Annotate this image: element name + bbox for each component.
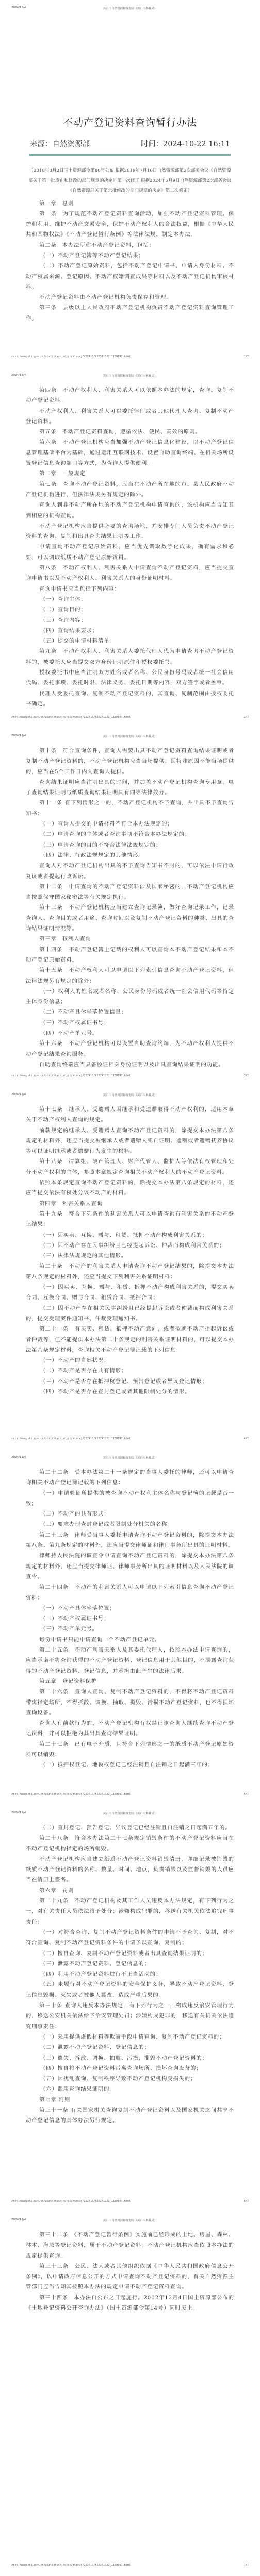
document: 2024/11/4 黄石市自然资源和规划局（黄石市林业局） 不动产登记资料查询暂… xyxy=(0,0,260,2576)
running-header: 2024/11/4 黄石市自然资源和规划局（黄石市林业局） xyxy=(11,374,249,379)
list-item: （三）遗失、拆散、调换、抽取、污损、撕毁不动产登记资料的； xyxy=(26,2053,234,2063)
running-footer: zrzy.huangshi.gov.cn/zdzt/zhyshj/djcc/zt… xyxy=(11,2564,249,2569)
paragraph: 律师持人民法院的调查令申请查询不动产登记资料的，除提交本办法第八条规定的材料外，… xyxy=(26,1551,234,1582)
list-item: （三）不动产是否存在抵押权登记、预告登记或者异议登记情形； xyxy=(26,1376,234,1387)
list-item: （二）不动产登记原始资料，包括不动产登记申请书、申请人身份材料、不动产权属来源、… xyxy=(26,261,234,292)
list-item: （三）不动产单元号。 xyxy=(26,1624,234,1634)
list-item: （五）未履行对不动产登记资料的安全保护义务，导致不动产登记资料、登记信息毁损、灭… xyxy=(26,1979,234,2000)
page-url: zrzy.huangshi.gov.cn/zdzt/zhyshj/djcc/zt… xyxy=(11,2564,131,2567)
list-item: （一）不动产具体坐落位置； xyxy=(26,1603,234,1613)
article-clause: 第八条 不动产权利人、利害关系人申请查询不动产登记资料，应当提交查询申请书以及不… xyxy=(26,563,234,584)
page-url: zrzy.huangshi.gov.cn/zdzt/zhyshj/djcc/zt… xyxy=(11,1437,131,1440)
list-item: （四）利用不动产登记资料进行不正当活动的； xyxy=(26,1969,234,1979)
article-clause: 第十八条 清算组、破产管理人、财产代管人、监护人等依法有权管理和处分不动产权利的… xyxy=(26,1156,234,1177)
article-clause: 第十七条 继承人、受遗赠人因继承和受遗赠取得不动产权利的，适用本章关于不动产权利… xyxy=(26,1104,234,1125)
list-item: （一）不动产登记簿等不动产登记结果； xyxy=(26,250,234,261)
running-footer: zrzy.huangshi.gov.cn/zdzt/zhyshj/djcc/zt… xyxy=(11,355,249,360)
list-item: （三）法律法规规定的其他情形。 xyxy=(26,1251,234,1261)
article-clause: 第七条 查询不动产登记资料，应当在不动产所在地的市、县人民政府不动产登记机构进行… xyxy=(26,479,234,500)
running-footer: zrzy.huangshi.gov.cn/zdzt/zhyshj/djcc/zt… xyxy=(11,716,249,721)
running-header: 2024/11/4 黄石市自然资源和规划局（黄石市林业局） xyxy=(11,2218,249,2224)
running-header: 2024/11/4 黄石市自然资源和规划局（黄石市林业局） xyxy=(11,1456,249,1461)
page-url: zrzy.huangshi.gov.cn/zdzt/zhyshj/djcc/zt… xyxy=(11,716,131,719)
article-clause: 第二十四条 不动产的利害关系人可以申请以下列索引信息查询不动产登记资料： xyxy=(26,1582,234,1603)
list-item: （四）查询结果要求； xyxy=(26,626,234,636)
site-name: 黄石市自然资源和规划局（黄石市林业局） xyxy=(11,1456,249,1460)
article-clause: 第六条 不动产登记机构应当加强不动产登记信息化建设，以不动产登记信息管理基础平台… xyxy=(26,437,234,468)
revision-note: （2018年3月2日国土资源部令第80号公布 根据2019年7月16日自然资源部… xyxy=(26,166,234,196)
article-body: 第二十二条 受本办法第二十一条规定的当事人委托的律师，还可以申请查询相关不动产登… xyxy=(26,1467,234,1771)
article-clause: 第二条 本办法所称不动产登记资料，包括： xyxy=(26,240,234,250)
page-url: zrzy.huangshi.gov.cn/zdzt/zhyshj/djcc/zt… xyxy=(11,2200,131,2203)
paragraph: 查询人有前款行为的，不动产登记机构有权禁止该查询人继续查询不动产登记资料，并可以… xyxy=(26,1718,234,1739)
list-item: （四）法律、行政法规规定的其他情形。 xyxy=(26,850,234,861)
article-clause: 第三十一条 有关国家机关查询复制不动产登记资料以及国家机关之间共享不动产登记信息… xyxy=(26,2105,234,2126)
page-url: zrzy.huangshi.gov.cn/zdzt/zhyshj/djcc/zt… xyxy=(11,355,131,358)
list-item: （二）不动产是否存在共有情形； xyxy=(26,1366,234,1376)
page-2: 2024/11/4 黄石市自然资源和规划局（黄石市林业局） 第四条 不动产权利人… xyxy=(0,367,260,728)
chapter-heading: 第四章 利害关系人查询 xyxy=(26,1199,234,1209)
list-item: （四）不动产是否存在查封登记或者其他限制处分的情形。 xyxy=(26,1387,234,1397)
article-clause: 第五条 不动产登记资料查询，遵循依法、便民、高效的原则。 xyxy=(26,427,234,437)
chapter-heading: 第七章 附则 xyxy=(26,2095,234,2105)
article-clause: 第二十五条 不动产利害关系人及其委托代理人，按照本办法申请查询的，应当承诺不将查… xyxy=(26,1645,234,1676)
article-clause: 第二十一条 有买卖、租赁、抵押不动产意向，或者拟就不动产提起诉讼或者仲裁等，但不… xyxy=(26,1324,234,1355)
article-clause: 第十九条 符合下列条件的利害关系人可以申请查询有利害关系的不动产登记结果： xyxy=(26,1209,234,1230)
paragraph: 代理人受委托查询、复制不动产登记资料的，其查询、复制范围由授权委托书确定。 xyxy=(26,688,234,710)
paragraph: 不动产登记机构应当提供必要的查询场地，并安排专门人员负责不动产登记资料的查询、复… xyxy=(26,521,234,542)
article-source: 来源：自然资源部 xyxy=(30,138,90,149)
article-clause: 第十一条 有下列情形之一的，不动产登记机构不予查询，并出具不予查询告知书： xyxy=(26,798,234,819)
list-item: （一）权利人的姓名或者名称、公民身份号码或者统一社会信用代码等特定主体身份信息； xyxy=(26,986,234,1007)
paragraph: 每份申请书只能申请查询一个不动产登记单元。 xyxy=(26,1635,234,1645)
article-clause: 第四条 不动产权利人、利害关系人可以依照本办法的规定，查询、复制不动产登记资料。 xyxy=(26,385,234,406)
page-3: 2024/11/4 黄石市自然资源和规划局（黄石市林业局） 第十条 符合查询条件… xyxy=(0,728,260,1087)
page-4: 2024/11/4 黄石市自然资源和规划局（黄石市林业局） 第十七条 继承人、受… xyxy=(0,1087,260,1450)
chapter-heading: 第三章 权利人查询 xyxy=(26,934,234,944)
paragraph: 不动产登记机构应当建立纸质不动产登记资料销毁清册，详细记录被销毁的纸质不动产登记… xyxy=(26,1854,234,1885)
chapter-heading: 第二章 一般规定 xyxy=(26,468,234,479)
list-item: （一）对符合查询、复制不动产登记资料条件的申请不予查询、复制，对不符合查询、复制… xyxy=(26,1927,234,1948)
article-clause: 第十六条 不动产登记机构可以设置自助查询终端，为不动产权利人提供不动产登记结果查… xyxy=(26,1038,234,1059)
list-item: （一）查询主体； xyxy=(26,594,234,604)
site-name: 黄石市自然资源和规划局（黄石市林业局） xyxy=(11,1093,249,1097)
page-content: 第十七条 继承人、受遗赠人因继承和受遗赠取得不动产权利的，适用本章关于不动产权利… xyxy=(26,1104,234,1397)
list-item: （三）要求办理查封登记或者限制处分机关的名称。 xyxy=(26,1519,234,1529)
running-header: 2024/11/4 黄石市自然资源和规划局（黄石市林业局） xyxy=(11,1811,249,1816)
article-clause: 第一条 为了规范不动产登记资料查询活动，加强不动产登记资料管理、保护和利用，维护… xyxy=(26,209,234,240)
list-item: （三）不动产权属证书号； xyxy=(26,1018,234,1028)
chapter-heading: 第六章 罚则 xyxy=(26,1885,234,1896)
page-content: 第十条 符合查询条件，查询人需要出具不动产登记资料查询结果证明或者复制不动产登记… xyxy=(26,746,234,1070)
article-clause: 第十五条 不动产权利人可以申请以下列索引信息查询不动产登记资料，但法律法规另有规… xyxy=(26,965,234,986)
page-6: 2024/11/4 黄石市自然资源和规划局（黄石市林业局） （二）查封登记、预告… xyxy=(0,1805,260,2212)
article-body: 第四条 不动产权利人、利害关系人可以依照本办法的规定，查询、复制不动产登记资料。… xyxy=(26,385,234,709)
running-header: 2024/11/4 黄石市自然资源和规划局（黄石市林业局） xyxy=(11,1093,249,1098)
article-clause: 第二十九条 不动产登记机构及其工作人员违反本办法规定，有下列行为之一，对有关责任… xyxy=(26,1896,234,1927)
article-clause: 第九条 不动产权利人、利害关系人委托代理人代为申请查询不动产登记资料的，被委托人… xyxy=(26,646,234,667)
list-item: （一）采用提供虚假材料等欺骗手段申请查询、复制不动产登记资料的； xyxy=(26,2032,234,2042)
paragraph: 查询申请书应当包括下列内容： xyxy=(26,584,234,594)
page-content: 第三十二条 《不动产登记暂行条例》实施前已经形成的土地、房屋、森林、林木、海域等… xyxy=(26,2230,234,2313)
page-7: 2024/11/4 黄石市自然资源和规划局（黄石市林业局） 第三十二条 《不动产… xyxy=(0,2212,260,2576)
running-footer: zrzy.huangshi.gov.cn/zdzt/zhyshj/djcc/zt… xyxy=(11,2200,249,2205)
list-item: （二）泄露不动产登记资料、登记信息的； xyxy=(26,2042,234,2052)
list-item: （一）抵押权登记、地役权登记已经注销且自注销之日起满三年的； xyxy=(26,1760,234,1770)
chapter-heading: 第一章 总则 xyxy=(26,198,234,209)
site-name: 黄石市自然资源和规划局（黄石市林业局） xyxy=(11,6,249,10)
article-clause: 第三十四条 本办法自公布之日起施行。2002年12月4日国土资源部公布的《土地登… xyxy=(26,2293,234,2314)
paragraph: 前款规定的继承人、受遗赠人查询不动产登记资料的，除提交本办法第八条规定的材料外，… xyxy=(26,1125,234,1157)
list-item: （二）不动产的共有形式； xyxy=(26,1509,234,1519)
page-content: 不动产登记资料查询暂行办法 来源：自然资源部 时间：2024-10-22 16:… xyxy=(26,115,234,324)
page-number: 4/7 xyxy=(244,1437,249,1440)
article-meta: 来源：自然资源部 时间：2024-10-22 16:11 xyxy=(26,138,234,149)
list-item: （三）查询内容； xyxy=(26,615,234,626)
list-item: （三）申请查询的目的不符合法律法规规定的； xyxy=(26,840,234,850)
list-item: （二）查询目的； xyxy=(26,604,234,615)
paragraph: 查询人到非不动产所在地的不动产登记机构申请查询的，该机构应当告知其到相应的机构查… xyxy=(26,500,234,521)
article-clause: 第二十七条 已有电子介质，且符合下列情形之一的纸质不动产登记原始资料可以销毁： xyxy=(26,1739,234,1760)
article-clause: 第十三条 不动产登记机构应当建立查询记录簿，做好查询记录工作，记录查询人、查询目… xyxy=(26,902,234,934)
paragraph: 授权委托书中应当注明双方姓名或者名称、公民身份号码或者统一社会信用代码、委托事项… xyxy=(26,667,234,688)
article-body: 第十七条 继承人、受遗赠人因继承和受遗赠取得不动产权利的，适用本章关于不动产权利… xyxy=(26,1104,234,1397)
paragraph: 查询人对不动产登记机构出具的不予查询告知书不服的，可以依法申请行政复议或者提起行… xyxy=(26,861,234,882)
page-1: 2024/11/4 黄石市自然资源和规划局（黄石市林业局） 不动产登记资料查询暂… xyxy=(0,0,260,367)
list-item: （一）查询人提交的申请材料不符合本办法规定的； xyxy=(26,819,234,829)
article-clause: 第三十三条 公民、法人或者其他组织依据《中华人民共和国政府信息公开条例》，以申请… xyxy=(26,2261,234,2293)
list-item: （五）因扰乱查询、复制秩序导致不动产登记机构受损失的； xyxy=(26,2074,234,2084)
list-item: （二）擅自查询、复制不动产登记资料或者出具查询结果证明的； xyxy=(26,1948,234,1959)
list-item: （二）因不动产存在民事纠纷且已经提起诉讼、仲裁而构成利害关系的； xyxy=(26,1240,234,1251)
article-clause: 第十四条 不动产登记簿上记载的权利人可以查询本不动产登记结果和本不动产登记原始资… xyxy=(26,945,234,966)
article-clause: 第二十六条 查询人查询、复制不动产登记资料的，不得将不动产登记资料带离指定场所，… xyxy=(26,1687,234,1718)
chapter-heading: 第五章 登记资料保护 xyxy=(26,1676,234,1687)
list-item: （四）不动产单元号。 xyxy=(26,1028,234,1038)
page-url: zrzy.huangshi.gov.cn/zdzt/zhyshj/djcc/zt… xyxy=(11,1074,131,1077)
list-item: （五）提交的申请材料清单。 xyxy=(26,636,234,646)
article-body: 第一章 总则第一条 为了规范不动产登记资料查询活动，加强不动产登记资料管理、保护… xyxy=(26,198,234,324)
paragraph: 依照本条规定查询不动产登记资料的，除提交本办法第八条规定的材料，还应当提交依法有… xyxy=(26,1177,234,1199)
site-name: 黄石市自然资源和规划局（黄石市林业局） xyxy=(11,734,249,738)
list-item: （一）因买卖、互换、赠与、租赁、抵押不动产构成利害关系的，提交买卖合同、互换合同… xyxy=(26,1282,234,1303)
article-body: 第三十二条 《不动产登记暂行条例》实施前已经形成的土地、房屋、森林、林木、海域等… xyxy=(26,2230,234,2313)
page-content: 第二十二条 受本办法第二十一条规定的当事人委托的律师，还可以申请查询相关不动产登… xyxy=(26,1467,234,1771)
page-number: 3/7 xyxy=(244,1074,249,1077)
page-number: 1/7 xyxy=(244,355,249,358)
running-header: 2024/11/4 黄石市自然资源和规划局（黄石市林业局） xyxy=(11,6,249,11)
article-clause: 第三十条 查询人违反本办法规定，有下列行为之一，构成违反治安管理行为的，移送公安… xyxy=(26,2000,234,2032)
list-item: （一）因买卖、互换、赠与、租赁、抵押不动产构成利害关系的； xyxy=(26,1230,234,1240)
article-clause: 第二十二条 受本办法第二十一条规定的当事人委托的律师，还可以申请查询相关不动产登… xyxy=(26,1467,234,1488)
list-item: （六）滥用查询结果证明的。 xyxy=(26,2084,234,2094)
list-item: （二）不动产权属证书号； xyxy=(26,1613,234,1624)
list-item: （一）不动产的自然状况； xyxy=(26,1355,234,1366)
paragraph: 查询结果证明应当注明出具的时间，并加盖不动产登记机构查询专用章。电子查询结果证明… xyxy=(26,777,234,798)
page-url: zrzy.huangshi.gov.cn/zdzt/zhyshj/djcc/zt… xyxy=(11,1793,131,1796)
list-item: （四）擅自将不动产登记资料带离查询场所、损坏查询设备的； xyxy=(26,2063,234,2074)
page-number: 7/7 xyxy=(244,2564,249,2567)
list-item: （二）因不动产存在相关民事纠纷且已经提起诉讼或者仲裁而构成利害关系的，提交受理案… xyxy=(26,1303,234,1324)
running-footer: zrzy.huangshi.gov.cn/zdzt/zhyshj/djcc/zt… xyxy=(11,1437,249,1442)
paragraph: 申请查询不动产登记原始资料，应当优先调取数字化成果，确有需求和必要，可以调取纸质… xyxy=(26,542,234,563)
page-number: 5/7 xyxy=(244,1793,249,1796)
article-body: 第十条 符合查询条件，查询人需要出具不动产登记资料查询结果证明或者复制不动产登记… xyxy=(26,746,234,1070)
title-divider xyxy=(29,154,231,156)
article-clause: 第三条 县级以上人民政府不动产登记机构负责不动产登记资料查询管理工作。 xyxy=(26,302,234,324)
article-clause: 第十二条 申请查询的不动产登记资料涉及国家秘密的，不动产登记机构应当按照保守国家… xyxy=(26,882,234,903)
page-number: 2/7 xyxy=(244,716,249,719)
list-item: （一）申请验证所提供的被查询不动产权利主体名称与登记簿的记载是否一致； xyxy=(26,1488,234,1509)
article-body: （二）查封登记、预告登记、异议登记已经注销且自注销之日起满五年的。第二十八条 符… xyxy=(26,1823,234,2126)
paragraph: 不动产登记资料由不动产登记机构负责保存和管理。 xyxy=(26,292,234,302)
article-time: 时间：2024-10-22 16:11 xyxy=(141,138,231,149)
site-name: 黄石市自然资源和规划局（黄石市林业局） xyxy=(11,1811,249,1815)
page-number: 6/7 xyxy=(244,2200,249,2203)
site-name: 黄石市自然资源和规划局（黄石市林业局） xyxy=(11,374,249,378)
page-5: 2024/11/4 黄石市自然资源和规划局（黄石市林业局） 第二十二条 受本办法… xyxy=(0,1450,260,1805)
running-header: 2024/11/4 黄石市自然资源和规划局（黄石市林业局） xyxy=(11,734,249,739)
article-clause: 第十条 符合查询条件，查询人需要出具不动产登记资料查询结果证明或者复制不动产登记… xyxy=(26,746,234,777)
page-title: 不动产登记资料查询暂行办法 xyxy=(26,115,234,129)
article-clause: 第二十八条 符合本办法第二十七条规定销毁条件的不动产登记资料应当在不动产登记机构… xyxy=(26,1833,234,1854)
list-item: （三）泄露不动产登记资料、登记信息的； xyxy=(26,1959,234,1969)
article-clause: 第二十三条 律师受当事人委托申请查询不动产登记资料的，除提交本办法第八条、第九条… xyxy=(26,1530,234,1551)
running-footer: zrzy.huangshi.gov.cn/zdzt/zhyshj/djcc/zt… xyxy=(11,1793,249,1798)
page-content: （二）查封登记、预告登记、异议登记已经注销且自注销之日起满五年的。第二十八条 符… xyxy=(26,1823,234,2126)
page-content: 第四条 不动产权利人、利害关系人可以依照本办法的规定，查询、复制不动产登记资料。… xyxy=(26,385,234,709)
paragraph: 自助查询终端应当具备验证相关身份证明以及出具查询结果证明的功能。 xyxy=(26,1059,234,1070)
list-item: （二）不动产具体坐落位置信息； xyxy=(26,1007,234,1017)
list-item: （二）查封登记、预告登记、异议登记已经注销且自注销之日起满五年的。 xyxy=(26,1823,234,1833)
site-name: 黄石市自然资源和规划局（黄石市林业局） xyxy=(11,2218,249,2223)
list-item: （二）申请查询的主体或者查询事项不符合本办法规定的； xyxy=(26,829,234,839)
paragraph: 不动产权利人、利害关系人可以委托律师或者其他代理人查询、复制不动产登记资料。 xyxy=(26,406,234,427)
article-clause: 第二十条 不动产的利害关系人申请查询不动产登记结果的，除提交本办法第八条规定的材… xyxy=(26,1261,234,1282)
running-footer: zrzy.huangshi.gov.cn/zdzt/zhyshj/djcc/zt… xyxy=(11,1074,249,1080)
article-clause: 第三十二条 《不动产登记暂行条例》实施前已经形成的土地、房屋、森林、林木、海域等… xyxy=(26,2230,234,2261)
